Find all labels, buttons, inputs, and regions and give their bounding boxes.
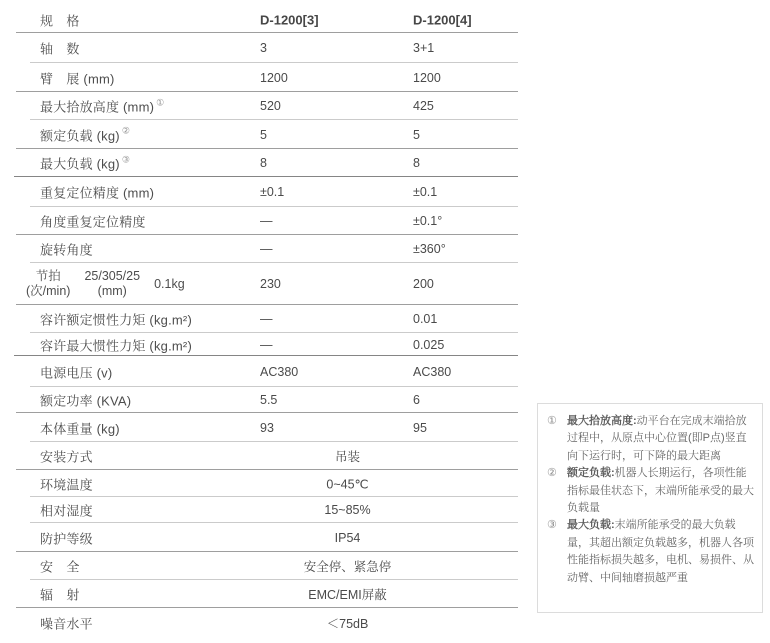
spec-label: 角度重复定位精度 [40, 212, 146, 231]
spec-label: 本体重量 (kg) [40, 418, 120, 437]
table-row-safety: 安 全 安全停、紧急停 [0, 552, 518, 580]
table-row-radiation: 辐 射 EMC/EMI屏蔽 [0, 580, 518, 608]
spec-value-col2: 6 [413, 393, 420, 407]
table-row-relative-humidity: 相对湿度 15~85% [0, 497, 518, 523]
spec-value-col1: 5 [260, 128, 267, 142]
spec-value-col2: AC380 [413, 365, 451, 379]
table-row-header: 规 格 D-1200[3] D-1200[4] [0, 0, 518, 33]
spec-label: 安 全 [40, 557, 80, 576]
spec-value-col2: ±360° [413, 242, 446, 256]
footnotes-panel: ① 最大拾放高度:动平台在完成末端拾放过程中，从原点中心位置(即P点)竖直向下运… [537, 403, 763, 613]
spec-label: 旋转角度 [40, 240, 93, 259]
table-row-mounting: 安装方式 吊装 [0, 442, 518, 470]
spec-value-col2: 0.025 [413, 338, 444, 352]
spec-label: 规 格 [40, 10, 80, 29]
spec-value-merged: 吊装 [260, 447, 435, 465]
spec-value-merged: ＜75dB [260, 614, 435, 632]
table-row-angular-repeatability: 角度重复定位精度 — ±0.1° [0, 207, 518, 235]
table-row-protection-rating: 防护等级 IP54 [0, 523, 518, 552]
spec-label: 环境温度 [40, 474, 93, 493]
footnote-1-text: 最大拾放高度:动平台在完成末端拾放过程中，从原点中心位置(即P点)竖直向下运行时… [567, 413, 754, 465]
spec-label: 辐 射 [40, 585, 80, 604]
spec-value-col1: 3 [260, 41, 267, 55]
footnote-3: ③ 最大负载:末端所能承受的最大负载量，其超出额定负载越多，机器人各项性能指标损… [547, 517, 754, 587]
spec-value-col1: 1200 [260, 71, 288, 85]
table-row-ambient-temperature: 环境温度 0~45℃ [0, 470, 518, 497]
footnote-marker-3: ③ [122, 154, 130, 164]
footnote-marker-2: ② [122, 126, 130, 136]
footnote-2: ② 额定负载:机器人长期运行，各项性能指标最佳状态下，末端所能承受的最大负载量 [547, 465, 754, 517]
spec-value-col1: — [260, 214, 273, 228]
spec-value-col1: AC380 [260, 365, 298, 379]
spec-label: 臂 展 (mm) [40, 68, 115, 87]
spec-value-col2: 8 [413, 156, 420, 170]
spec-label: 噪音水平 [40, 614, 93, 633]
table-row-cycle-rate: 节拍 (次/min) 25/305/25 (mm) 0.1kg 230 200 [0, 263, 518, 305]
spec-value-col1: ±0.1 [260, 185, 284, 199]
spec-value-col2: 0.01 [413, 312, 437, 326]
spec-value-col2: 1200 [413, 71, 441, 85]
spec-label: 轴 数 [40, 39, 80, 58]
table-row-rated-load: 额定负载 (kg)② 5 5 [0, 120, 518, 149]
spec-value-col2: ±0.1° [413, 214, 442, 228]
spec-table: 规 格 D-1200[3] D-1200[4] 轴 数 3 3+1 臂 展 (m… [0, 0, 518, 638]
footnote-1-marker: ① [547, 413, 567, 465]
spec-value-merged: EMC/EMI屏蔽 [260, 585, 435, 603]
table-row-rated-inertia: 容许额定惯性力矩 (kg.m²) — 0.01 [0, 305, 518, 333]
spec-label: 容许额定惯性力矩 (kg.m²) [40, 310, 192, 329]
cycle-rate-label: 节拍 (次/min) 25/305/25 (mm) 0.1kg [26, 269, 185, 299]
footnote-1: ① 最大拾放高度:动平台在完成末端拾放过程中，从原点中心位置(即P点)竖直向下运… [547, 413, 754, 465]
spec-label: 额定负载 (kg)② [40, 125, 130, 144]
spec-value-col1: 5.5 [260, 393, 277, 407]
spec-value-merged: IP54 [260, 531, 435, 545]
footnote-marker-1: ① [156, 97, 164, 107]
spec-value-col1: — [260, 242, 273, 256]
spec-value-col1: 93 [260, 421, 274, 435]
spec-value-col1: 520 [260, 99, 281, 113]
spec-value-col2: 3+1 [413, 41, 434, 55]
spec-value-col1: — [260, 312, 273, 326]
spec-label: 电源电压 (v) [40, 362, 112, 381]
table-row-axes: 轴 数 3 3+1 [0, 33, 518, 63]
spec-value-col1: — [260, 338, 273, 352]
table-row-arm-span: 臂 展 (mm) 1200 1200 [0, 63, 518, 92]
table-row-max-inertia: 容许最大惯性力矩 (kg.m²) — 0.025 [0, 333, 518, 356]
spec-label: 最大拾放高度 (mm)① [40, 97, 164, 116]
table-row-noise-level: 噪音水平 ＜75dB [0, 608, 518, 638]
table-row-rotation-angle: 旋转角度 — ±360° [0, 235, 518, 263]
footnote-3-marker: ③ [547, 517, 567, 587]
column-header-model-1: D-1200[3] [260, 12, 319, 27]
table-row-body-weight: 本体重量 (kg) 93 95 [0, 413, 518, 442]
footnote-3-text: 最大负载:末端所能承受的最大负载量，其超出额定负载越多，机器人各项性能指标损失越… [567, 517, 754, 587]
spec-value-col2: 95 [413, 421, 427, 435]
table-row-rated-power: 额定功率 (KVA) 5.5 6 [0, 387, 518, 413]
table-row-repeatability: 重复定位精度 (mm) ±0.1 ±0.1 [0, 177, 518, 207]
spec-value-merged: 15~85% [260, 503, 435, 517]
column-header-model-2: D-1200[4] [413, 12, 472, 27]
table-row-max-pick-height: 最大拾放高度 (mm)① 520 425 [0, 92, 518, 120]
spec-label: 容许最大惯性力矩 (kg.m²) [40, 335, 192, 354]
footnote-2-text: 额定负载:机器人长期运行，各项性能指标最佳状态下，末端所能承受的最大负载量 [567, 465, 754, 517]
spec-value-col2: ±0.1 [413, 185, 437, 199]
spec-label: 最大负载 (kg)③ [40, 154, 130, 173]
spec-label: 相对湿度 [40, 501, 93, 520]
spec-label: 额定功率 (KVA) [40, 391, 131, 410]
spec-value-col2: 425 [413, 99, 434, 113]
table-row-max-load: 最大负载 (kg)③ 8 8 [0, 149, 518, 177]
spec-label: 安装方式 [40, 447, 93, 466]
spec-value-col1: 8 [260, 156, 267, 170]
spec-value-col2: 200 [413, 277, 434, 291]
spec-label: 重复定位精度 (mm) [40, 183, 154, 202]
footnote-2-marker: ② [547, 465, 567, 517]
table-row-supply-voltage: 电源电压 (v) AC380 AC380 [0, 356, 518, 387]
spec-value-col2: 5 [413, 128, 420, 142]
spec-label: 防护等级 [40, 528, 93, 547]
spec-value-col1: 230 [260, 277, 281, 291]
spec-value-merged: 安全停、紧急停 [260, 557, 435, 575]
spec-value-merged: 0~45℃ [260, 476, 435, 491]
